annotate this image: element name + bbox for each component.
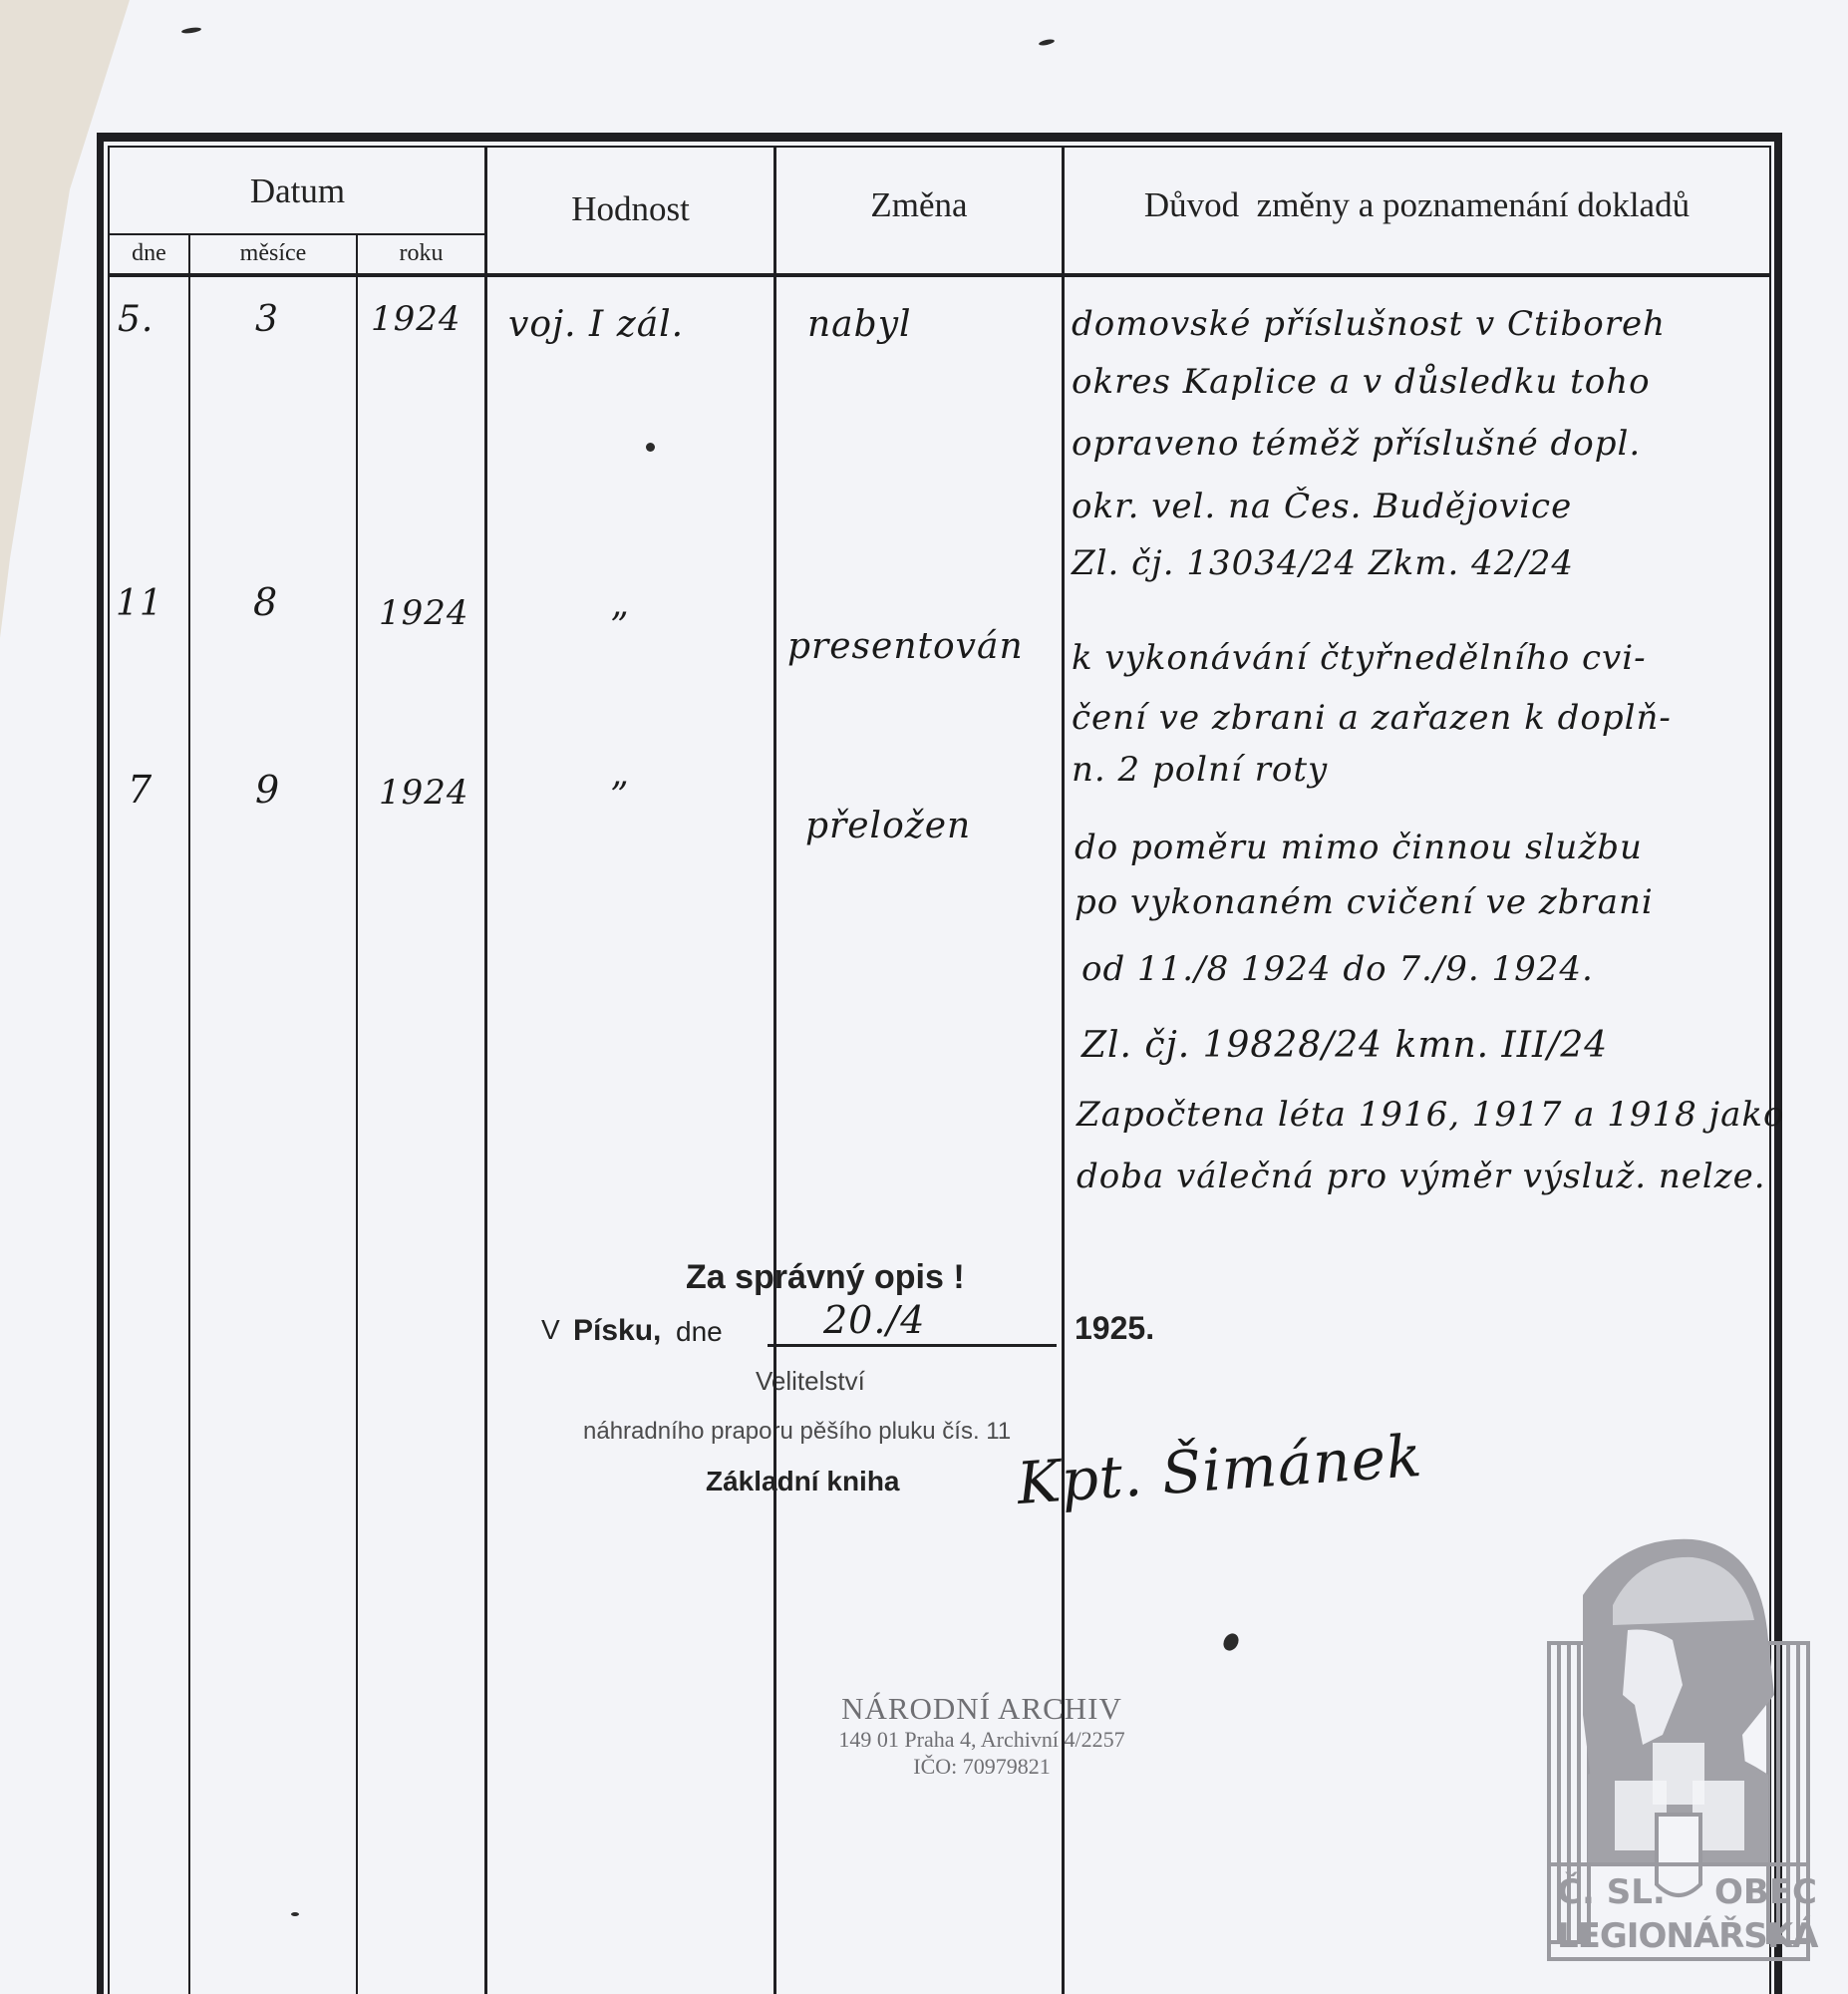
- row-duvod-line: domovské příslušnost v Ctiboreh: [1072, 304, 1666, 344]
- scan-speck: [181, 27, 202, 35]
- stamp-date-label: dne: [676, 1316, 723, 1348]
- header-zmena: Změna: [776, 185, 1062, 225]
- table-border-left: [97, 133, 104, 1994]
- scan-speck: [1220, 1631, 1241, 1654]
- row-duvod-line: po vykonaném cvičení ve zbrani: [1075, 882, 1654, 922]
- row-duvod-line: okres Kaplice a v důsledku toho: [1072, 362, 1651, 402]
- col-line-datum-hodnost: [484, 148, 487, 1994]
- archive-name: NÁRODNÍ ARCHIV: [797, 1690, 1166, 1727]
- row-zmena: presentován: [787, 626, 1024, 667]
- datum-subheader-line: [110, 233, 485, 235]
- row-duvod-line: okr. vel. na Čes. Budějovice: [1072, 487, 1572, 526]
- header-mesice: měsíce: [190, 240, 356, 267]
- row-duvod-line: n. 2 polní roty: [1072, 750, 1328, 790]
- logo-text-obec: OBEC: [1714, 1872, 1817, 1912]
- row-duvod-line: Započtena léta 1916, 1917 a 1918 jako: [1077, 1095, 1784, 1135]
- stamp-date-value: 20./4: [823, 1298, 925, 1342]
- stamp-title: Za správný opis !: [686, 1258, 965, 1297]
- logo-text-legionarska: LEGIONÁŘSKÁ: [1557, 1916, 1817, 1956]
- header-dne: dne: [110, 240, 188, 267]
- table-border-top: [97, 133, 1782, 142]
- row-duvod-line: doba válečná pro výměr výsluž. nelze.: [1077, 1157, 1766, 1196]
- row-duvod-line: do poměru mimo činnou službu: [1075, 828, 1643, 867]
- logo-text-csl: Č. SL.: [1557, 1872, 1666, 1912]
- row-duvod-line: k vykonávání čtyřnedělního cvi-: [1072, 638, 1647, 678]
- table-border-left-inner: [108, 146, 110, 1994]
- row-zmena: přeložen: [805, 806, 971, 846]
- row-roku: 1924: [371, 299, 462, 339]
- header-bottom-line: [110, 273, 1769, 277]
- header-roku: roku: [358, 240, 484, 267]
- row-hodnost: ”: [610, 606, 629, 647]
- header-duvod: Důvod změny a poznamenání dokladů: [1065, 185, 1769, 225]
- row-hodnost: voj. I zál.: [508, 304, 684, 345]
- row-dne: 7: [128, 768, 153, 812]
- stamp-place: Písku,: [573, 1314, 661, 1348]
- row-duvod-line: čení ve zbrani a zařazen k doplň-: [1072, 698, 1672, 738]
- col-line-dne-mesice: [188, 234, 190, 1994]
- legion-logo: Č. SL. OBEC LEGIONÁŘSKÁ: [1543, 1535, 1814, 1964]
- header-hodnost: Hodnost: [487, 189, 773, 229]
- stamp-date-underline: [768, 1344, 1057, 1347]
- archive-address: 149 01 Praha 4, Archivní 4/2257: [797, 1727, 1166, 1753]
- row-roku: 1924: [379, 593, 469, 633]
- signature: Kpt. Šimánek: [1015, 1422, 1424, 1517]
- row-roku: 1924: [379, 773, 469, 813]
- row-dne: 5.: [118, 299, 154, 340]
- scan-speck: [646, 443, 655, 452]
- stamp-office-line1: Velitelství: [756, 1366, 865, 1397]
- row-mesice: 3: [255, 299, 279, 340]
- row-hodnost: ”: [610, 776, 629, 817]
- archive-ico: IČO: 70979821: [797, 1754, 1166, 1780]
- header-datum: Datum: [110, 171, 485, 211]
- row-duvod-line: Zl. čj. 19828/24 kmn. III/24: [1081, 1025, 1608, 1066]
- stamp-place-prefix: V: [541, 1314, 560, 1346]
- row-duvod-line: opraveno téměž příslušné dopl.: [1072, 424, 1641, 464]
- scan-speck: [1039, 38, 1056, 46]
- scan-speck: [291, 1912, 299, 1916]
- col-line-mesice-roku: [356, 234, 358, 1994]
- stamp-year: 1925.: [1075, 1310, 1154, 1347]
- row-duvod-line: od 11./8 1924 do 7./9. 1924.: [1081, 949, 1594, 989]
- row-mesice: 8: [253, 580, 278, 624]
- row-zmena: nabyl: [807, 304, 912, 345]
- table-border-top-inner: [108, 146, 1770, 148]
- page-corner-background: [0, 0, 130, 1994]
- archive-stamp: NÁRODNÍ ARCHIV 149 01 Praha 4, Archivní …: [797, 1690, 1166, 1780]
- stamp-office-line3: Základní kniha: [706, 1466, 900, 1497]
- row-mesice: 9: [255, 768, 280, 812]
- stamp-office-line2: náhradního praporu pěšího pluku čís. 11: [583, 1418, 1011, 1446]
- row-duvod-line: Zl. čj. 13034/24 Zkm. 42/24: [1072, 543, 1574, 583]
- col-line-hodnost-zmena: [773, 148, 776, 1994]
- row-dne: 11: [116, 583, 163, 624]
